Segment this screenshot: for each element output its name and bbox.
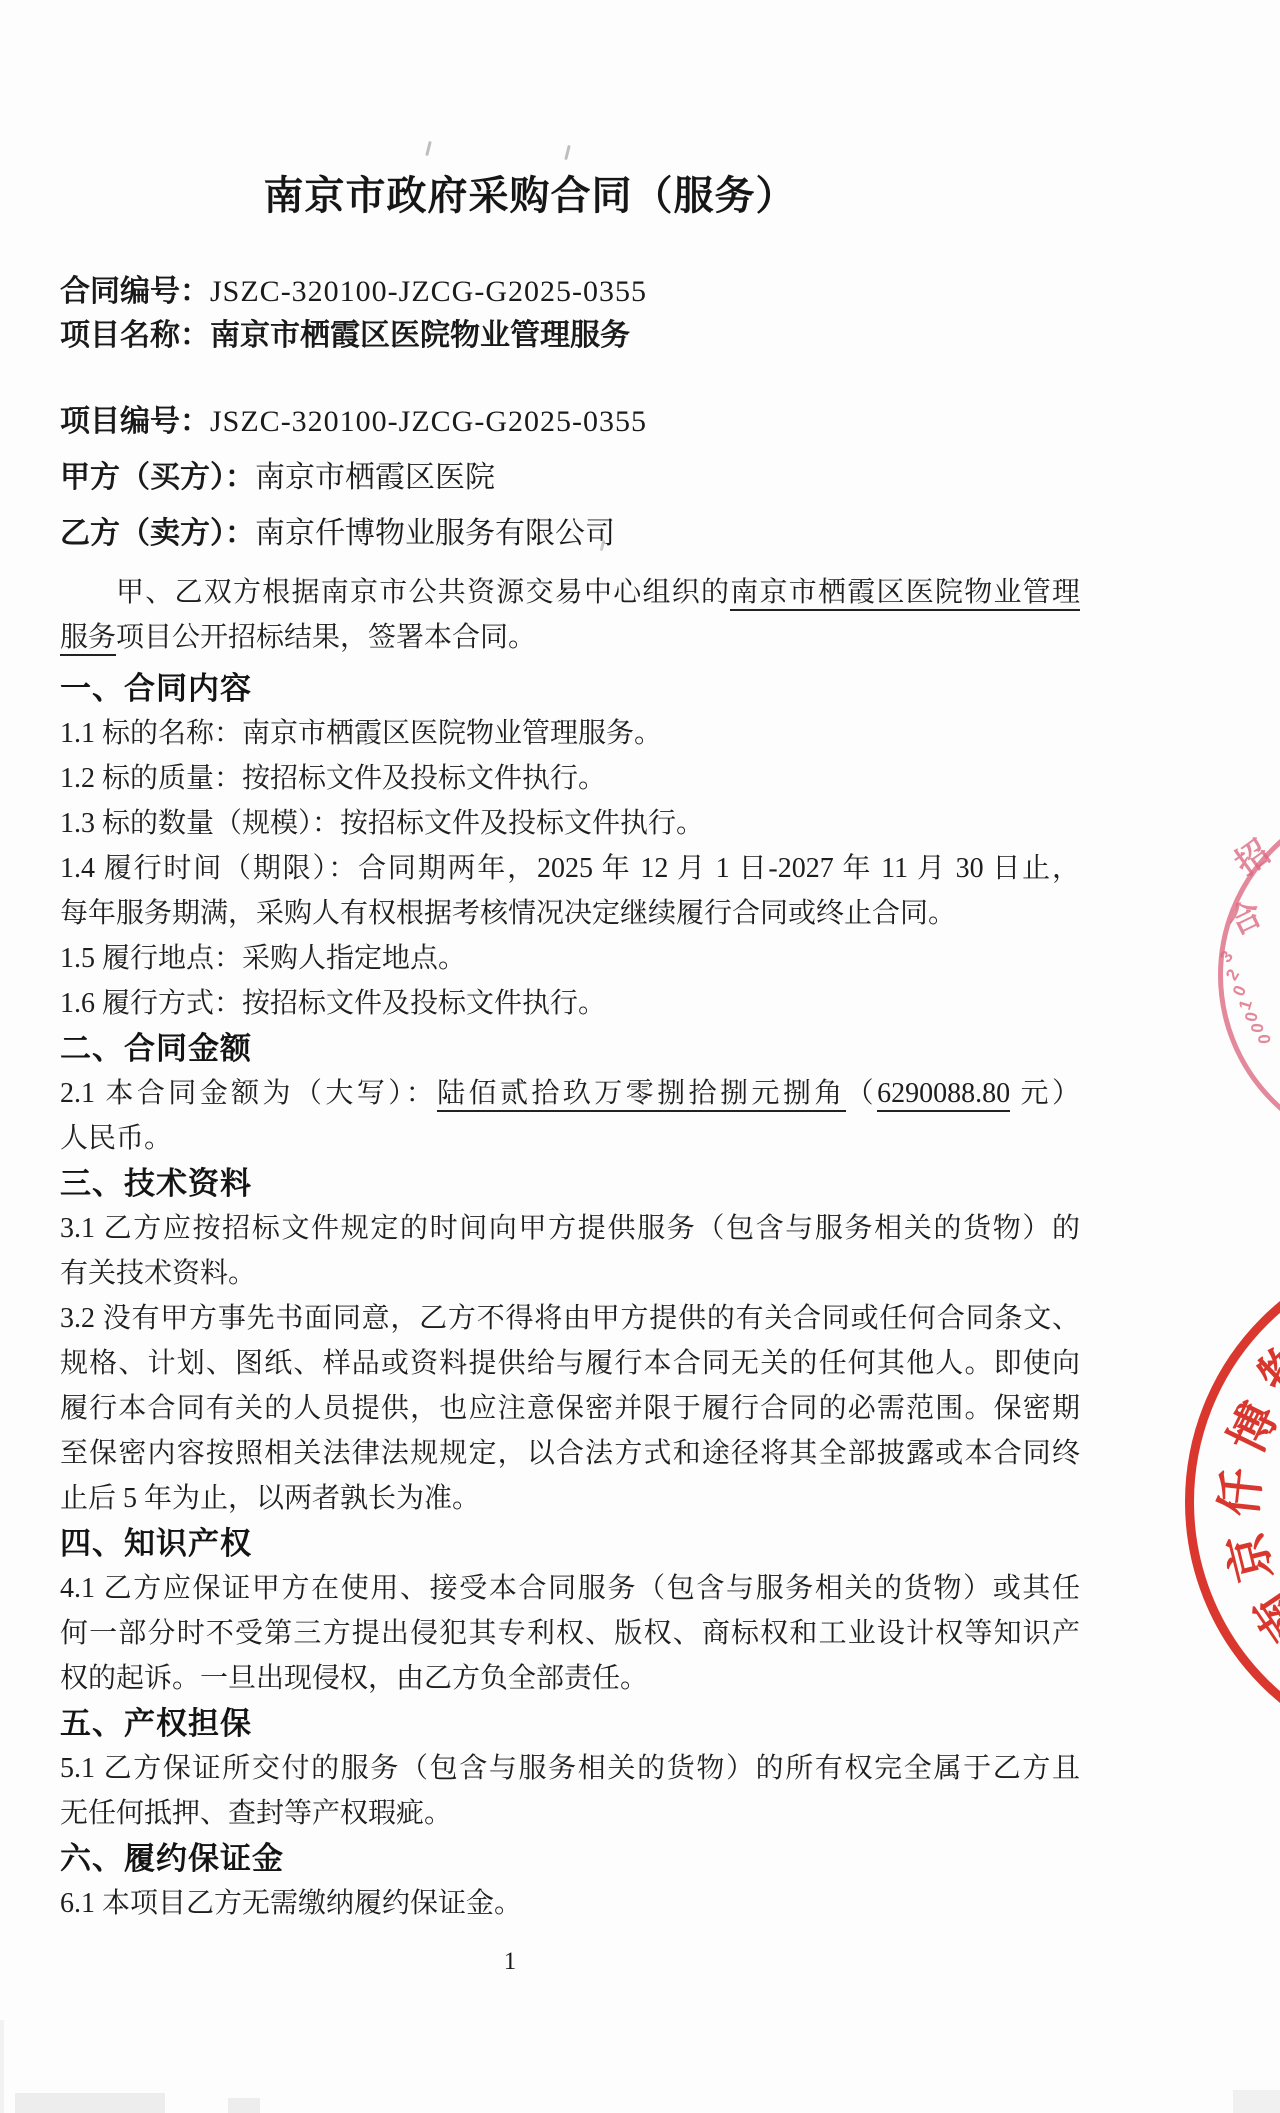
contract-text: 南京市政府采购合同（服务）合同编号：JSZC-320100-JZCG-G2025… [60,0,1080,1926]
contract-seal-char: 0 [1248,1023,1268,1034]
text-line: 项目编号：JSZC-320100-JZCG-G2025-0355 [60,400,1080,444]
text-line: 2.1 本合同金额为（大写）：陆佰贰拾玖万零捌拾捌元捌角（6290088.80 … [60,1071,1080,1116]
text-line: 1.6 履行方式：按招标文件及投标文件执行。 [60,981,1080,1026]
text-line: 至保密内容按照相关法律法规规定，以合法方式和途径将其全部披露或本合同终 [60,1431,1080,1476]
text-segment: 每年服务期满，采购人有权根据考核情况决定继续履行合同或终止合同。 [60,898,956,929]
text-line: 三、技术资料 [60,1161,1080,1206]
text-segment: 人民币。 [60,1123,172,1154]
text-line: 3.2 没有甲方事先书面同意，乙方不得将由甲方提供的有关合同或任何合同条文、 [60,1296,1080,1341]
page-number: 1 [470,1948,550,1976]
text-segment: 甲方（买方）： [60,461,255,494]
text-line: 1.1 标的名称：南京市栖霞区医院物业管理服务。 [60,711,1080,756]
document-page: 南京市政府采购合同（服务）合同编号：JSZC-320100-JZCG-G2025… [0,0,1280,2113]
text-segment: 合同编号： [60,275,210,308]
text-line: 有关技术资料。 [60,1251,1080,1296]
text-line: 履行本合同有关的人员提供，也应注意保密并限于履行合同的必需范围。保密期 [60,1386,1080,1431]
text-line: 六、履约保证金 [60,1836,1080,1881]
text-segment: 南京市栖霞区医院 [255,461,495,494]
text-segment: 2.1 本合同金额为（大写）： [60,1078,437,1109]
text-line: 合同编号：JSZC-320100-JZCG-G2025-0355 [60,270,1080,314]
text-line: 人民币。 [60,1116,1080,1161]
text-line: 何一部分时不受第三方提出侵犯其专利权、版权、商标权和工业设计权等知识产 [60,1611,1080,1656]
text-segment: 一、合同内容 [60,671,252,706]
text-segment: 四、知识产权 [60,1526,252,1561]
text-segment: 止后 5 年为止，以两者孰长为准。 [60,1483,480,1514]
text-line: 1.3 标的数量（规模）：按招标文件及投标文件执行。 [60,801,1080,846]
text-line: 乙方（卖方）：南京仟博物业服务有限公司 [60,512,1080,556]
text-segment: 1.2 标的质量：按招标文件及投标文件执行。 [60,763,606,794]
text-line: 每年服务期满，采购人有权根据考核情况决定继续履行合同或终止合同。 [60,891,1080,936]
text-line: 项目名称：南京市栖霞区医院物业管理服务 [60,314,1080,358]
text-line: 4.1 乙方应保证甲方在使用、接受本合同服务（包含与服务相关的货物）或其任 [60,1566,1080,1611]
text-line: 1.2 标的质量：按招标文件及投标文件执行。 [60,756,1080,801]
text-segment: 6.1 本项目乙方无需缴纳履约保证金。 [60,1888,522,1919]
text-line: 服务项目公开招标结果，签署本合同。 [60,615,1080,660]
scan-artifact [228,2098,260,2113]
text-line: 6.1 本项目乙方无需缴纳履约保证金。 [60,1881,1080,1926]
text-segment: 权的起诉。一旦出现侵权，由乙方负全部责任。 [60,1663,648,1694]
text-segment: 项目编号： [60,405,210,438]
text-segment: 乙方（卖方）： [60,517,255,550]
text-segment: 1.3 标的数量（规模）：按招标文件及投标文件执行。 [60,808,704,839]
text-segment: 4.1 乙方应保证甲方在使用、接受本合同服务（包含与服务相关的货物）或其任 [60,1573,1080,1604]
underlined-text: 南京市栖霞区医院物业管理 [730,577,1080,611]
scan-artifact [0,2020,4,2113]
text-segment: 三、技术资料 [60,1166,252,1201]
underlined-text: 服务 [60,622,116,656]
text-line: 一、合同内容 [60,666,1080,711]
text-segment: JSZC-320100-JZCG-G2025-0355 [210,275,647,308]
text-segment: 3.2 没有甲方事先书面同意，乙方不得将由甲方提供的有关合同或任何合同条文、 [60,1303,1080,1334]
text-segment: 五、产权担保 [60,1706,252,1741]
text-segment: 5.1 乙方保证所交付的服务（包含与服务相关的货物）的所有权完全属于乙方且 [60,1753,1080,1784]
text-segment: （ [846,1078,877,1109]
text-segment: 履行本合同有关的人员提供，也应注意保密并限于履行合同的必需范围。保密期 [60,1393,1080,1424]
text-line: 无任何抵押、查封等产权瑕疵。 [60,1791,1080,1836]
text-segment: 二、合同金额 [60,1031,252,1066]
text-line: 1.4 履行时间（期限）：合同期两年，2025 年 12 月 1 日-2027 … [60,846,1080,891]
text-segment: 元） [1010,1078,1080,1109]
text-segment: 1.6 履行方式：按招标文件及投标文件执行。 [60,988,606,1019]
text-segment: 规格、计划、图纸、样品或资料提供给与履行本合同无关的任何其他人。即使向 [60,1348,1080,1379]
text-segment: 至保密内容按照相关法律法规规定，以合法方式和途径将其全部披露或本合同终 [60,1438,1080,1469]
text-line: 3.1 乙方应按招标文件规定的时间向甲方提供服务（包含与服务相关的货物）的 [60,1206,1080,1251]
text-segment: 项目公开招标结果，签署本合同。 [116,622,536,653]
text-segment: 1.5 履行地点：采购人指定地点。 [60,943,466,974]
text-segment: 1.1 标的名称：南京市栖霞区医院物业管理服务。 [60,718,662,749]
text-segment: 六、履约保证金 [60,1841,284,1876]
text-line: 权的起诉。一旦出现侵权，由乙方负全部责任。 [60,1656,1080,1701]
text-line: 甲方（买方）：南京市栖霞区医院 [60,456,1080,500]
text-segment: 南京仟博物业服务有限公司 [255,517,615,550]
text-line: 规格、计划、图纸、样品或资料提供给与履行本合同无关的任何其他人。即使向 [60,1341,1080,1386]
text-segment: 1.4 履行时间（期限）：合同期两年，2025 年 12 月 1 日-2027 … [60,853,1080,884]
underlined-text: 6290088.80 [877,1078,1010,1112]
text-segment: 无任何抵押、查封等产权瑕疵。 [60,1798,452,1829]
underlined-text: 陆佰贰拾玖万零捌拾捌元捌角 [437,1078,846,1112]
scan-artifact [1233,2090,1280,2113]
text-segment: 南京市政府采购合同（服务） [264,173,797,218]
scan-artifact [15,2093,165,2113]
text-segment: 何一部分时不受第三方提出侵犯其专利权、版权、商标权和工业设计权等知识产 [60,1618,1080,1649]
text-line: 止后 5 年为止，以两者孰长为准。 [60,1476,1080,1521]
text-segment: 项目名称： [60,319,210,352]
text-segment: 有关技术资料。 [60,1258,256,1289]
text-line: 1.5 履行地点：采购人指定地点。 [60,936,1080,981]
text-line: 二、合同金额 [60,1026,1080,1071]
text-line: 五、产权担保 [60,1701,1080,1746]
text-line: 四、知识产权 [60,1521,1080,1566]
text-segment: 甲、乙双方根据南京市公共资源交易中心组织的 [116,577,730,608]
text-segment: 3.1 乙方应按招标文件规定的时间向甲方提供服务（包含与服务相关的货物）的 [60,1213,1080,1244]
contract-seal-char: 0 [1255,1034,1276,1045]
text-line: 5.1 乙方保证所交付的服务（包含与服务相关的货物）的所有权完全属于乙方且 [60,1746,1080,1791]
text-segment: JSZC-320100-JZCG-G2025-0355 [210,405,647,438]
text-line: 南京市政府采购合同（服务） [60,168,1000,224]
text-line: 甲、乙双方根据南京市公共资源交易中心组织的南京市栖霞区医院物业管理 [60,570,1080,615]
company-seal-char: 仟 [1200,1465,1274,1520]
text-segment: 南京市栖霞区医院物业管理服务 [210,319,630,352]
